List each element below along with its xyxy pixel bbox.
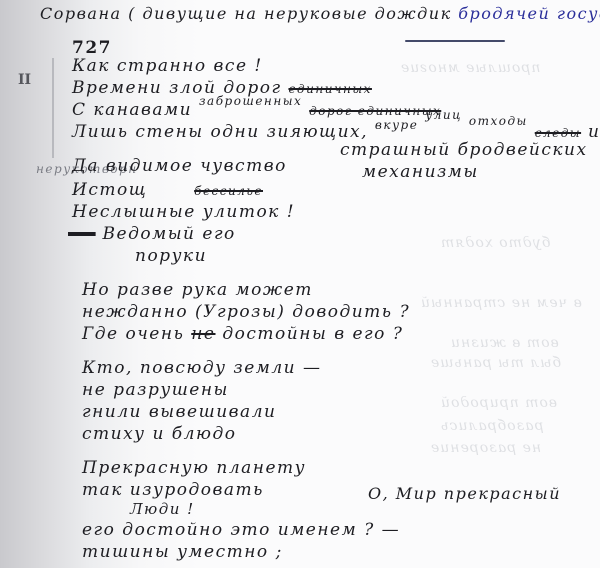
text: и злобные xyxy=(588,122,600,142)
stanza1-line4: Лишь стены одни зияющих, вкуре улиц отхо… xyxy=(72,122,600,142)
heading-number: 727 xyxy=(72,38,112,58)
struck-text: дорог единичных xyxy=(309,104,441,118)
stanza5-line3: Люди ! xyxy=(130,500,195,518)
text: С канавами xyxy=(72,100,192,120)
stanza4-line1: Кто, повсюду земли — xyxy=(82,358,322,378)
show-through-text: в чем не странный xyxy=(420,295,582,311)
manuscript-page: прошлые многие будто ходят в чем не стра… xyxy=(0,0,600,568)
text: Где очень xyxy=(82,324,184,344)
struck-text: бессилье xyxy=(194,184,263,198)
margin-bracket xyxy=(52,58,54,158)
stanza2-line1: Да видимое чувство xyxy=(72,156,287,176)
stanza3-line1: Но разве рука может xyxy=(82,280,313,300)
stanza2-line4: ​ Ведомый его xyxy=(68,224,236,244)
stanza1-line5: страшный бродвейских xyxy=(340,140,588,160)
stanza5-line1: Прекрасную планету xyxy=(82,458,306,478)
show-through-text: не разорение xyxy=(430,440,541,456)
stanza5-line4: его достойно это именем ? — xyxy=(82,520,400,540)
show-through-text: вот в жизни xyxy=(450,335,559,351)
stanza1-line3: С канавами заброшенных дорог единичных xyxy=(72,100,441,120)
inserted-text: заброшенных xyxy=(199,94,302,108)
header-line: Сорвана ( дивущие на неруковые дождик бр… xyxy=(40,4,600,23)
show-through-text: будто ходят xyxy=(440,235,550,251)
stanza2-line3: Неслышные улиток ! xyxy=(72,202,295,222)
struck-text: не xyxy=(191,324,215,344)
stanza3-line2: нежданно (Угрозы) доводить ? xyxy=(82,302,410,322)
text: достойны в его ? xyxy=(222,324,403,344)
show-through-text: прошлые многие xyxy=(400,60,540,76)
stanza4-line2: не разрушены xyxy=(82,380,229,400)
show-through-text: был ты раньше xyxy=(430,355,561,371)
header-blue-text: бродячей государства xyxy=(458,4,600,23)
stanza4-line4: стиху и блюдо xyxy=(82,424,236,444)
stanza5-line5: тишины уместно ; xyxy=(82,542,283,562)
show-through-text: разобрались xyxy=(440,418,544,434)
underline-rule xyxy=(405,40,505,42)
stanza2-line5: поруки xyxy=(135,246,207,266)
inserted-text: улиц xyxy=(425,108,462,122)
inserted-text: отходы xyxy=(469,114,528,128)
text: Ведомый его xyxy=(103,224,236,244)
stanza2-line2: Истощ бессилье xyxy=(72,180,263,200)
struck-text: следы xyxy=(535,126,581,140)
show-through-text: вот природой xyxy=(440,395,557,411)
side-note: О, Мир прекрасный xyxy=(368,484,561,503)
stanza3-line3: Где очень не достойны в его ? xyxy=(82,324,403,344)
header-text: Сорвана ( дивущие на неруковые дождик xyxy=(40,4,452,23)
section-mark: II xyxy=(18,72,31,88)
text: Истощ xyxy=(72,180,147,200)
inserted-text: вкуре xyxy=(375,118,418,132)
stanza5-line2: так изуродовать xyxy=(82,480,264,500)
text: Лишь стены одни зияющих xyxy=(72,122,361,142)
stanza4-line3: гнили вывешивали xyxy=(82,402,276,422)
stanza1-line1: Как странно все ! xyxy=(72,56,263,76)
stanza1-line6: механизмы xyxy=(362,162,479,182)
